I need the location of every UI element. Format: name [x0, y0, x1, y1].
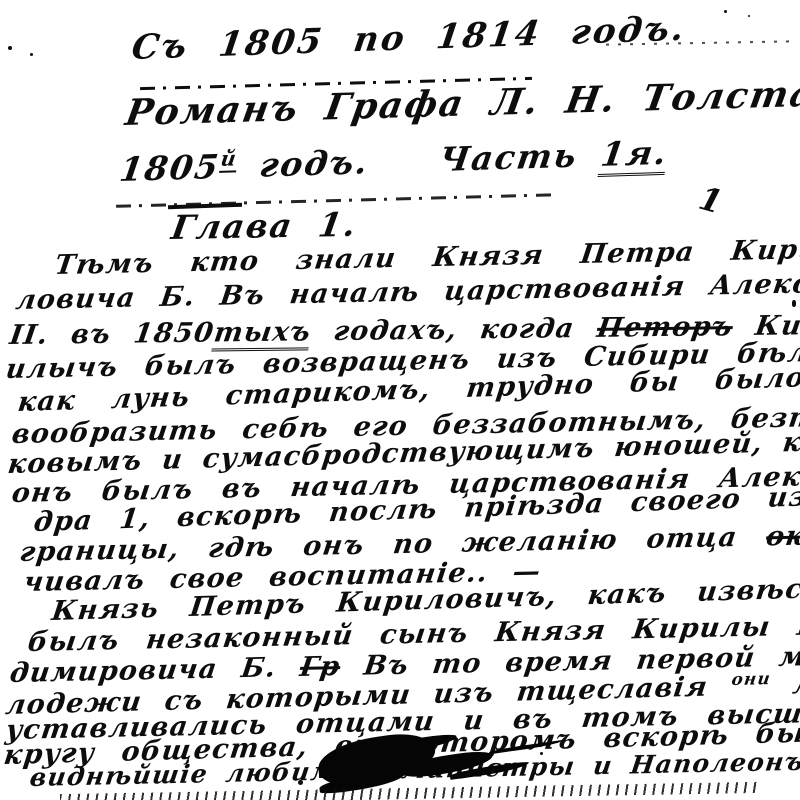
ink-speck: [298, 780, 303, 785]
text-segment: ли были: [768, 665, 800, 701]
title-year-part: 1805й годъ. Часть 1я.: [117, 133, 671, 189]
title-dates: Съ 1805 по 1814 годъ.: [129, 9, 689, 69]
page-number-mark: 1: [695, 179, 727, 222]
text-segment: 1805: [117, 147, 222, 189]
text-segment: оканч: [764, 519, 800, 552]
text-segment: II. въ 1850: [8, 317, 217, 351]
text-segment: годъ.: [234, 140, 443, 186]
text-segment: Часть: [437, 135, 604, 179]
text-segment: Гр: [298, 651, 342, 683]
ink-speck: [30, 53, 33, 56]
ink-speck: [724, 10, 727, 13]
ink-speck: [540, 752, 543, 755]
chapter-heading: Глава 1.: [169, 205, 360, 247]
text-segment: 1я.: [598, 133, 671, 177]
text-segment: они: [730, 668, 772, 689]
ink-speck: [792, 300, 796, 307]
manuscript-page: Съ 1805 по 1814 годъ. Романъ Графа Л. Н.…: [0, 0, 800, 800]
ink-speck: [748, 15, 750, 17]
text-segment: тыхъ: [212, 316, 314, 351]
ink-speck: [8, 46, 12, 50]
